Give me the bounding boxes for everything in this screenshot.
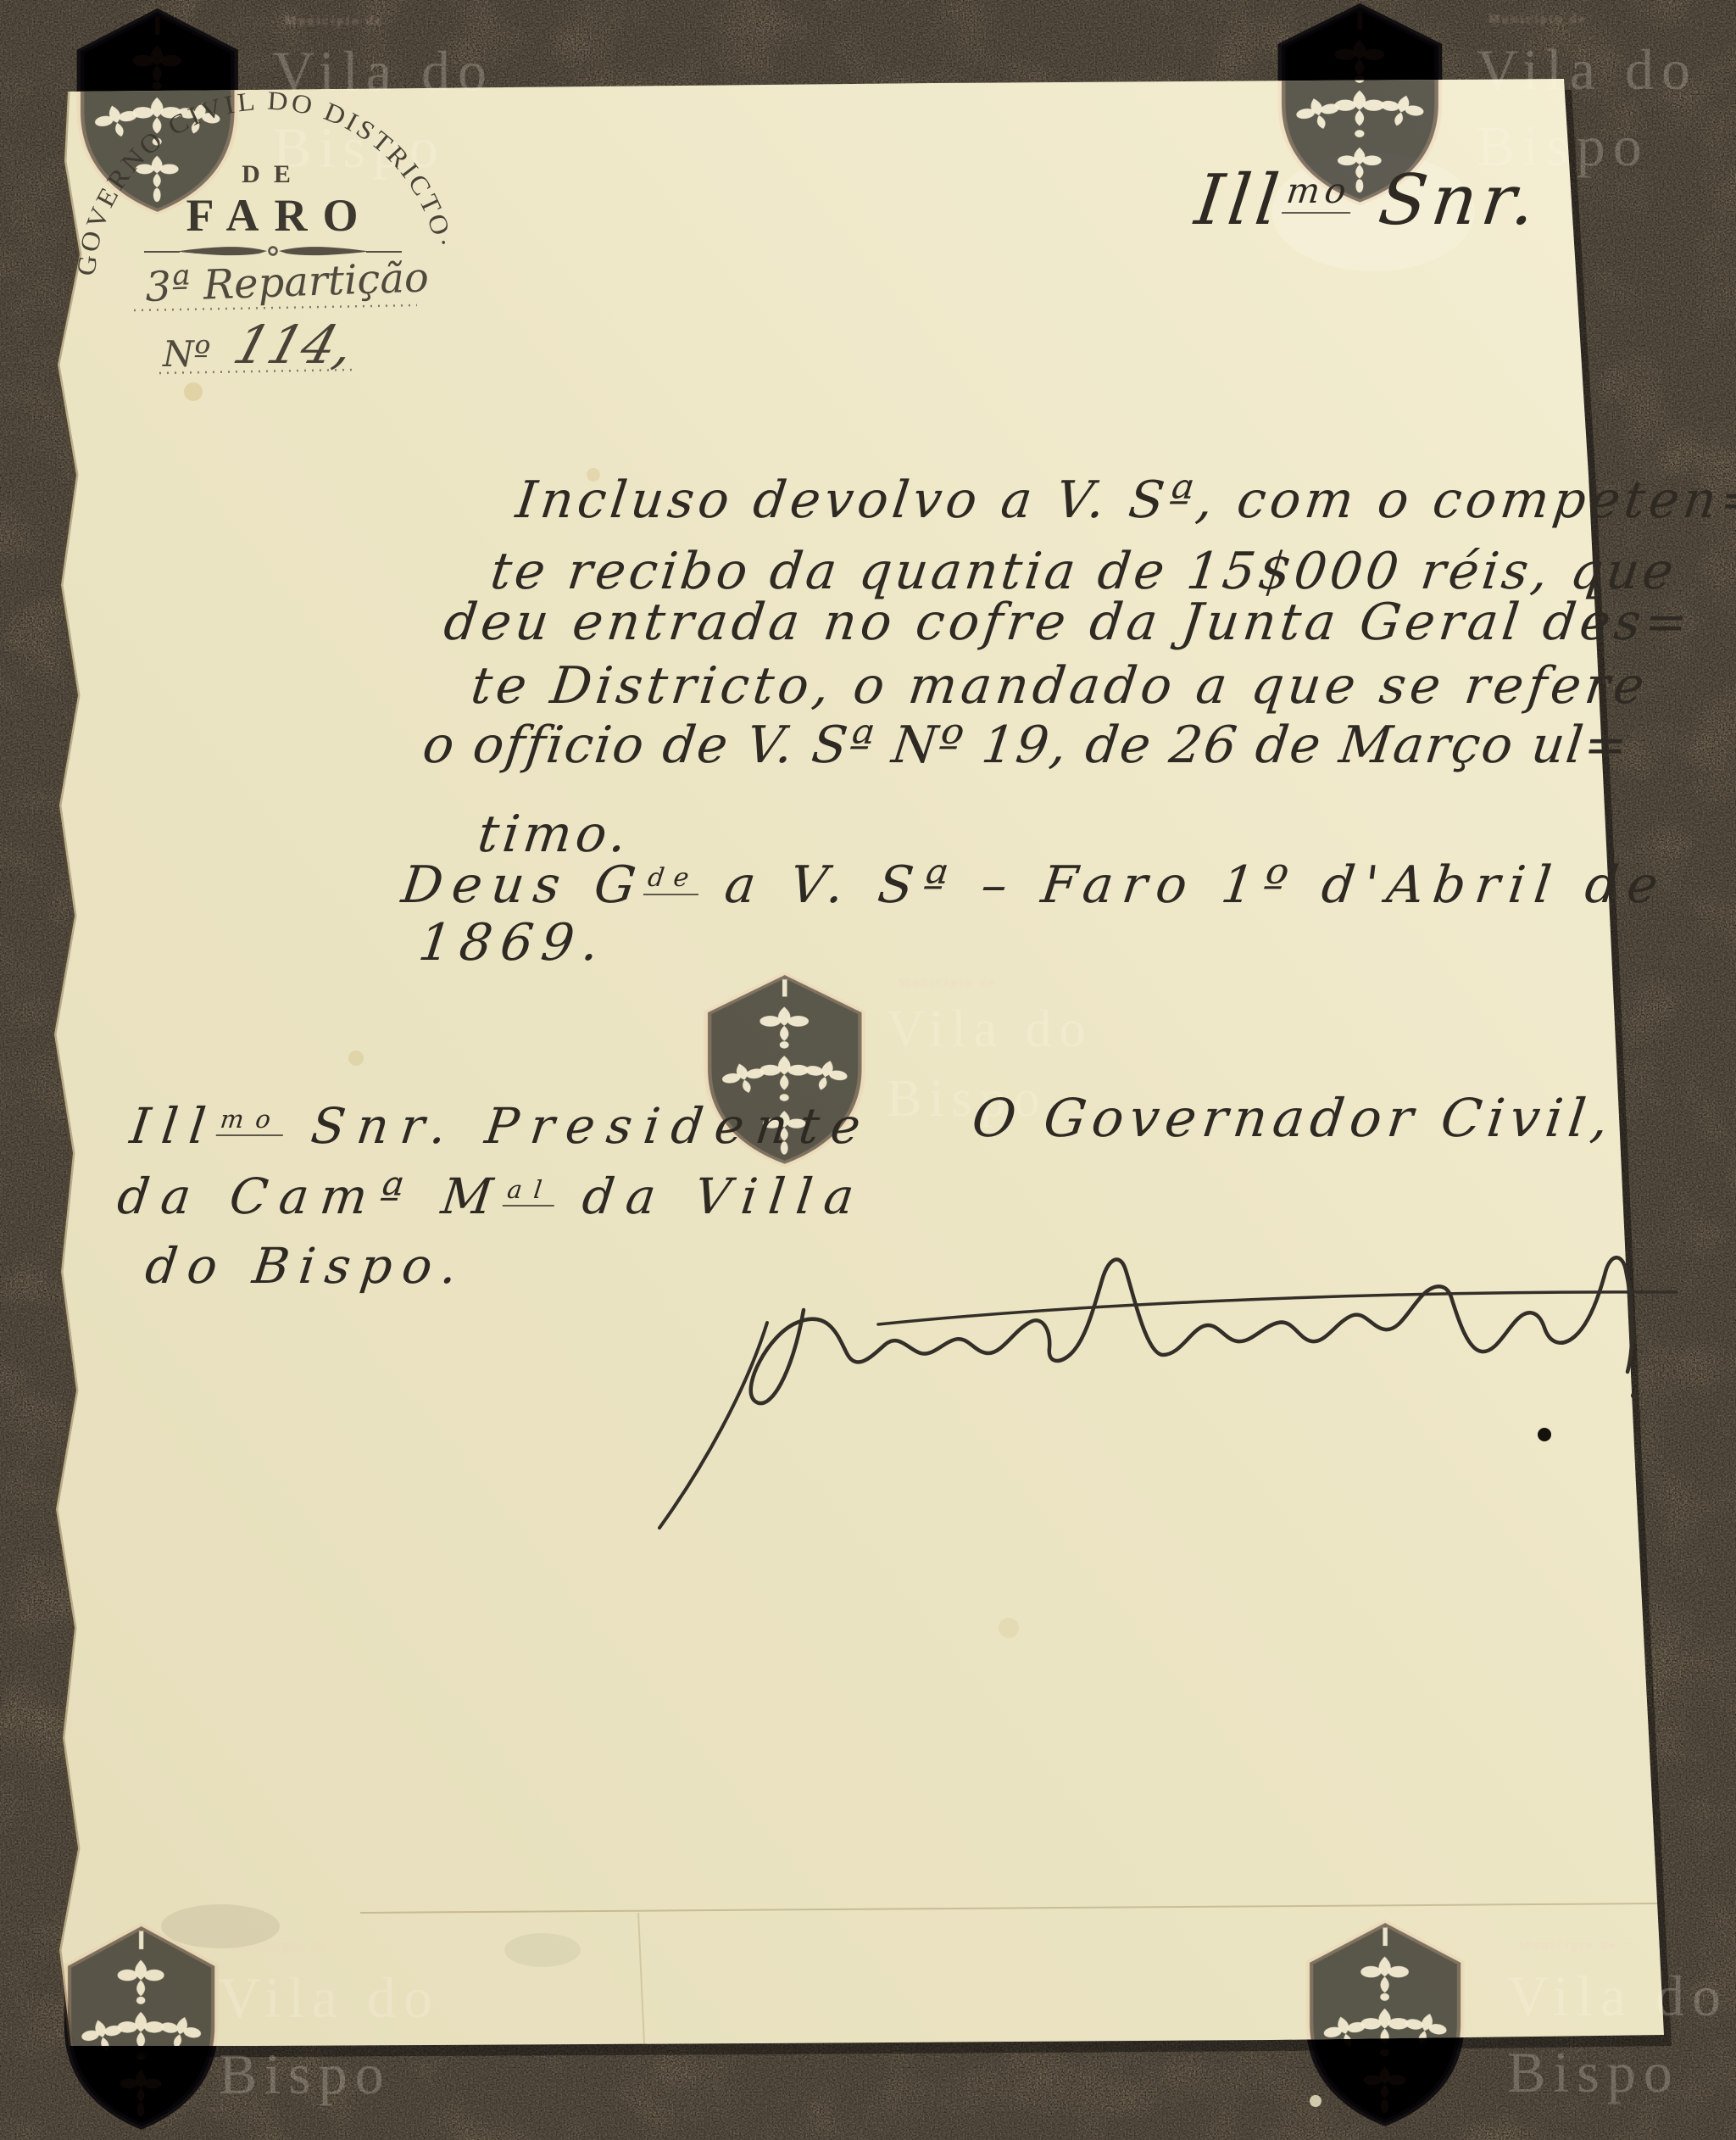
paper-speck-on-background — [1310, 2095, 1321, 2107]
watermark-text-top-left: Município de Vila do Bispo — [273, 14, 494, 186]
salutation-line: Illmo Snr. — [1191, 161, 1544, 241]
watermark-small-text: Município de — [231, 1940, 440, 1957]
watermark-text-bottom-right: Município de Vila do Bispo — [1507, 1938, 1728, 2110]
watermark-line2: Bispo — [1507, 2035, 1728, 2111]
address-line-2: da Camª Mal da Villa — [114, 1168, 869, 1225]
watermark-small-text: Município de — [285, 14, 494, 31]
watermark-small-text: Município de — [1519, 1938, 1728, 1955]
scanned-letter-page: Município de Vila do Bispo Município de … — [0, 0, 1736, 2140]
body-line-1: Incluso devolvo a V. Sª, com o competen= — [513, 471, 1736, 530]
closing-title: O Governador Civil, — [969, 1088, 1617, 1148]
body-line-5: o officio de V. Sª Nº 19, de 26 de Março… — [420, 716, 1633, 775]
body-line-4: te Districto, o mandado a que se refere — [468, 657, 1651, 716]
paper-sheet — [54, 79, 1664, 2046]
watermark-small-text: Município de — [899, 975, 1093, 992]
address-line-3: do Bispo. — [142, 1238, 470, 1295]
watermark-line2: Bispo — [219, 2037, 440, 2113]
watermark-line1: Vila do — [887, 995, 1093, 1065]
address-line-1: Illmo Snr. Presidente — [127, 1098, 876, 1155]
body-line-7: Deus Gde a V. Sª – Faro 1º d'Abril de — [398, 856, 1671, 915]
background-and-paper-scene — [0, 0, 1736, 2140]
body-line-8: 1869. — [415, 914, 610, 972]
body-line-3: deu entrada no cofre da Junta Geral des= — [441, 594, 1695, 652]
watermark-line1: Vila do — [1477, 32, 1698, 109]
watermark-line1: Vila do — [273, 34, 494, 110]
watermark-text-bottom-left: Município de Vila do Bispo — [219, 1940, 440, 2112]
watermark-line1: Vila do — [219, 1960, 440, 2037]
watermark-line1: Vila do — [1507, 1959, 1728, 2035]
watermark-line2: Bispo — [273, 110, 494, 187]
watermark-text-top-right: Município de Vila do Bispo — [1477, 12, 1698, 184]
watermark-small-text: Município de — [1488, 12, 1698, 29]
